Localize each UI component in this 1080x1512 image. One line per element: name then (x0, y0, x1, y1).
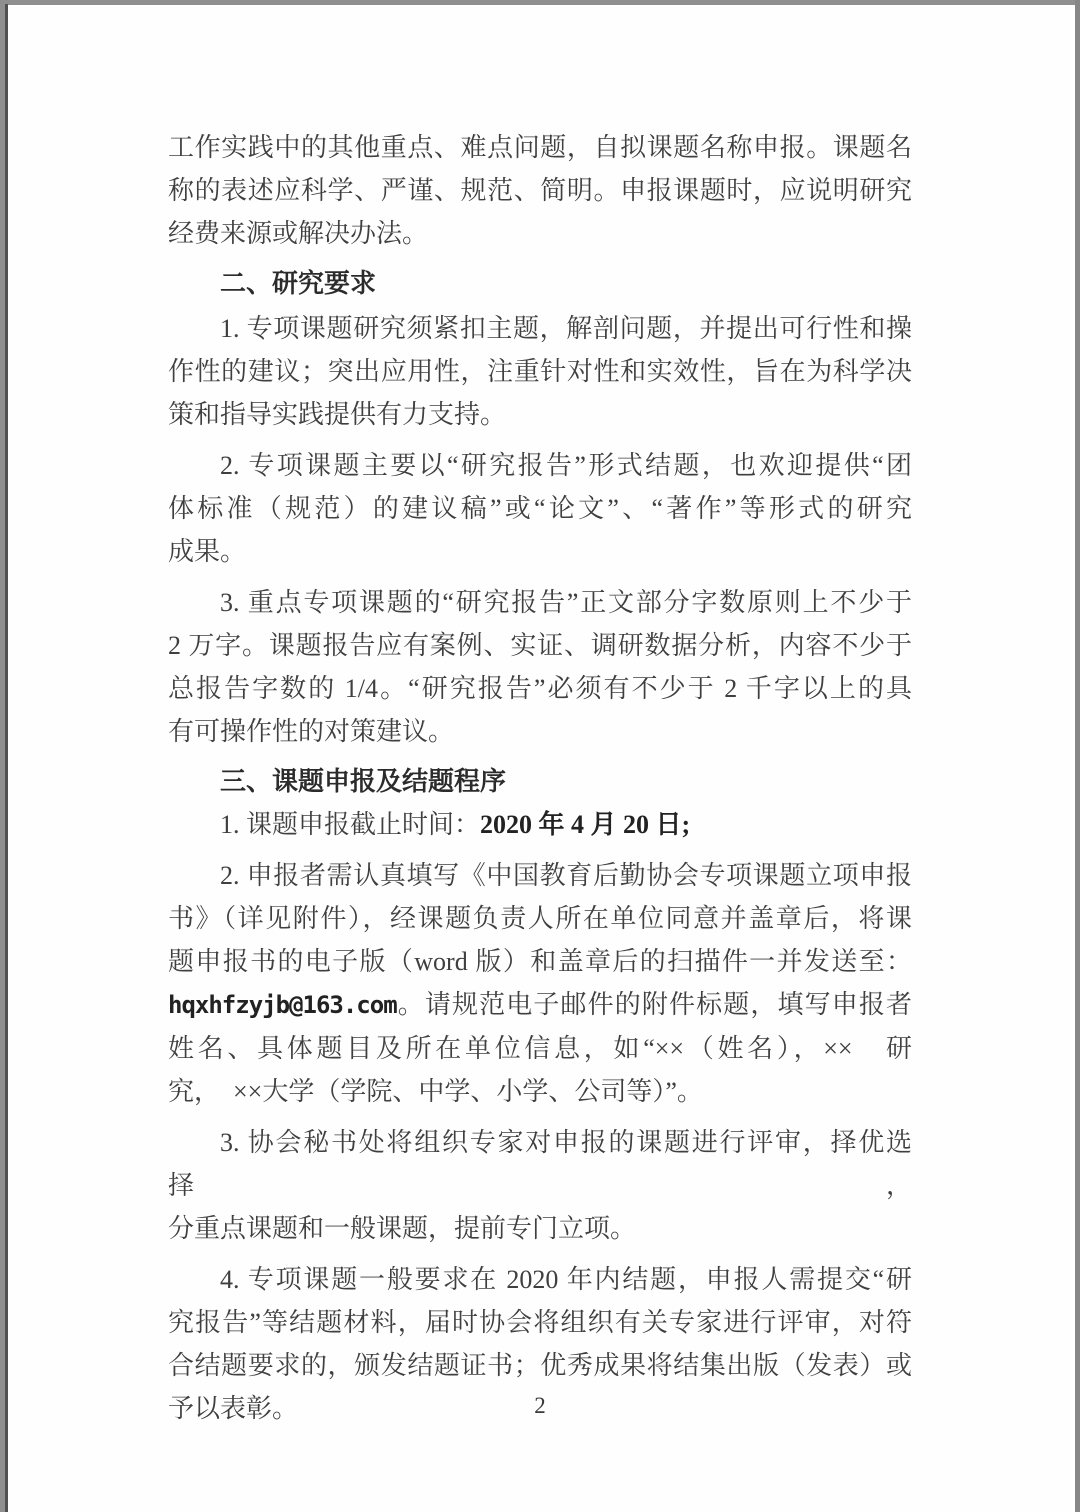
text-line: 1. 课题申报截止时间：2020 年 4 月 20 日; (168, 803, 912, 846)
text-line: 称的表述应科学、严谨、规范、简明。申报课题时，应说明研究 (168, 169, 912, 212)
text-segment: 总报告字数的 1/4。“研究报告”必须有不少于 2 千字以上的具 (168, 674, 912, 703)
text-segment: 3. 协会秘书处将组织专家对申报的课题进行评审，择优选择， (168, 1128, 912, 1200)
paragraph: 3. 协会秘书处将组织专家对申报的课题进行评审，择优选择，分重点课题和一般课题，… (168, 1121, 912, 1250)
paragraph: 2. 申报者需认真填写《中国教育后勤协会专项课题立项申报书》（详见附件），经课题… (168, 854, 912, 1113)
text-segment: 合结题要求的，颁发结题证书；优秀成果将结集出版（发表）或 (168, 1351, 912, 1380)
text-segment: 成果。 (168, 537, 246, 566)
text-line: 2 万字。课题报告应有案例、实证、调研数据分析，内容不少于 (168, 624, 912, 667)
paragraph: 工作实践中的其他重点、难点问题，自拟课题名称申报。课题名称的表述应科学、严谨、规… (168, 126, 912, 255)
text-segment: 书》（详见附件），经课题负责人所在单位同意并盖章后，将课 (168, 904, 912, 933)
page-number: 2 (0, 1393, 1080, 1419)
text-line: 作性的建议；突出应用性，注重针对性和实效性，旨在为科学决 (168, 350, 912, 393)
text-segment: 2. 专项课题主要以“研究报告”形式结题，也欢迎提供“团 (220, 451, 912, 480)
text-segment: 1. 课题申报截止时间： (220, 810, 480, 839)
text-line: 3. 重点专项课题的“研究报告”正文部分字数原则上不少于 (168, 581, 912, 624)
scanned-page: 工作实践中的其他重点、难点问题，自拟课题名称申报。课题名称的表述应科学、严谨、规… (0, 0, 1080, 1512)
paragraph: 2. 专项课题主要以“研究报告”形式结题，也欢迎提供“团体标准（规范）的建议稿”… (168, 444, 912, 573)
text-line: 2. 专项课题主要以“研究报告”形式结题，也欢迎提供“团 (168, 444, 912, 487)
text-segment: 3. 重点专项课题的“研究报告”正文部分字数原则上不少于 (220, 588, 912, 617)
text-line: 成果。 (168, 530, 912, 573)
text-segment: 策和指导实践提供有力支持。 (168, 400, 506, 429)
paragraph: 1. 专项课题研究须紧扣主题，解剖问题，并提出可行性和操作性的建议；突出应用性，… (168, 307, 912, 436)
section-heading: 三、课题申报及结题程序 (168, 760, 912, 803)
text-line: 书》（详见附件），经课题负责人所在单位同意并盖章后，将课 (168, 897, 912, 940)
text-line: 体标准（规范）的建议稿”或“论文”、“著作”等形式的研究 (168, 487, 912, 530)
text-segment: 有可操作性的对策建议。 (168, 717, 454, 746)
text-line: 三、课题申报及结题程序 (168, 760, 912, 803)
document-body: 工作实践中的其他重点、难点问题，自拟课题名称申报。课题名称的表述应科学、严谨、规… (168, 126, 912, 1430)
text-line: 分重点课题和一般课题，提前专门立项。 (168, 1207, 912, 1250)
email-address: hqxhfzyjb@163.com (168, 991, 397, 1019)
text-segment: 究报告”等结题材料，届时协会将组织有关专家进行评审，对符 (168, 1308, 912, 1337)
text-line: 合结题要求的，颁发结题证书；优秀成果将结集出版（发表）或 (168, 1344, 912, 1387)
paragraph: 1. 课题申报截止时间：2020 年 4 月 20 日; (168, 803, 912, 846)
text-line: 总报告字数的 1/4。“研究报告”必须有不少于 2 千字以上的具 (168, 667, 912, 710)
paragraph: 3. 重点专项课题的“研究报告”正文部分字数原则上不少于2 万字。课题报告应有案… (168, 581, 912, 753)
text-segment: 二、研究要求 (220, 269, 376, 298)
text-segment: 三、课题申报及结题程序 (220, 767, 506, 796)
text-segment: 1. 专项课题研究须紧扣主题，解剖问题，并提出可行性和操 (220, 314, 912, 343)
text-line: 经费来源或解决办法。 (168, 212, 912, 255)
text-line: 二、研究要求 (168, 262, 912, 305)
text-line: 策和指导实践提供有力支持。 (168, 393, 912, 436)
text-line: 2. 申报者需认真填写《中国教育后勤协会专项课题立项申报 (168, 854, 912, 897)
text-line: hqxhfzyjb@163.com。请规范电子邮件的附件标题，填写申报者 (168, 983, 912, 1027)
text-line: 姓名、具体题目及所在单位信息，如“××（姓名），×× 研 (168, 1027, 912, 1070)
text-segment: 2. 申报者需认真填写《中国教育后勤协会专项课题立项申报 (220, 861, 912, 890)
section-heading: 二、研究要求 (168, 262, 912, 305)
text-segment: 称的表述应科学、严谨、规范、简明。申报课题时，应说明研究 (168, 176, 912, 205)
text-segment: 4. 专项课题一般要求在 2020 年内结题，申报人需提交“研 (220, 1265, 912, 1294)
text-segment: 。请规范电子邮件的附件标题，填写申报者 (397, 990, 912, 1019)
text-line: 究， ××大学（学院、中学、小学、公司等）”。 (168, 1070, 912, 1113)
text-line: 题申报书的电子版（word 版）和盖章后的扫描件一并发送至： (168, 940, 912, 983)
text-line: 有可操作性的对策建议。 (168, 710, 912, 753)
text-line: 3. 协会秘书处将组织专家对申报的课题进行评审，择优选择， (168, 1121, 912, 1207)
text-segment: 姓名、具体题目及所在单位信息，如“××（姓名），×× 研 (168, 1034, 912, 1063)
text-segment: 工作实践中的其他重点、难点问题，自拟课题名称申报。课题名 (168, 133, 912, 162)
text-line: 4. 专项课题一般要求在 2020 年内结题，申报人需提交“研 (168, 1258, 912, 1301)
text-line: 工作实践中的其他重点、难点问题，自拟课题名称申报。课题名 (168, 126, 912, 169)
scan-edge-left-shadow (5, 4, 8, 1512)
text-segment: 2020 年 4 月 20 日; (480, 810, 690, 839)
text-line: 1. 专项课题研究须紧扣主题，解剖问题，并提出可行性和操 (168, 307, 912, 350)
scan-edge-top (0, 0, 1080, 5)
text-segment: 经费来源或解决办法。 (168, 219, 428, 248)
scan-edge-right (1075, 0, 1080, 1512)
text-segment: 分重点课题和一般课题，提前专门立项。 (168, 1214, 636, 1243)
text-segment: 题申报书的电子版（word 版）和盖章后的扫描件一并发送至： (168, 947, 912, 976)
text-line: 究报告”等结题材料，届时协会将组织有关专家进行评审，对符 (168, 1301, 912, 1344)
text-segment: 2 万字。课题报告应有案例、实证、调研数据分析，内容不少于 (168, 631, 912, 660)
text-segment: 作性的建议；突出应用性，注重针对性和实效性，旨在为科学决 (168, 357, 912, 386)
text-segment: 究， ××大学（学院、中学、小学、公司等）”。 (168, 1077, 703, 1106)
text-segment: 体标准（规范）的建议稿”或“论文”、“著作”等形式的研究 (168, 494, 912, 523)
